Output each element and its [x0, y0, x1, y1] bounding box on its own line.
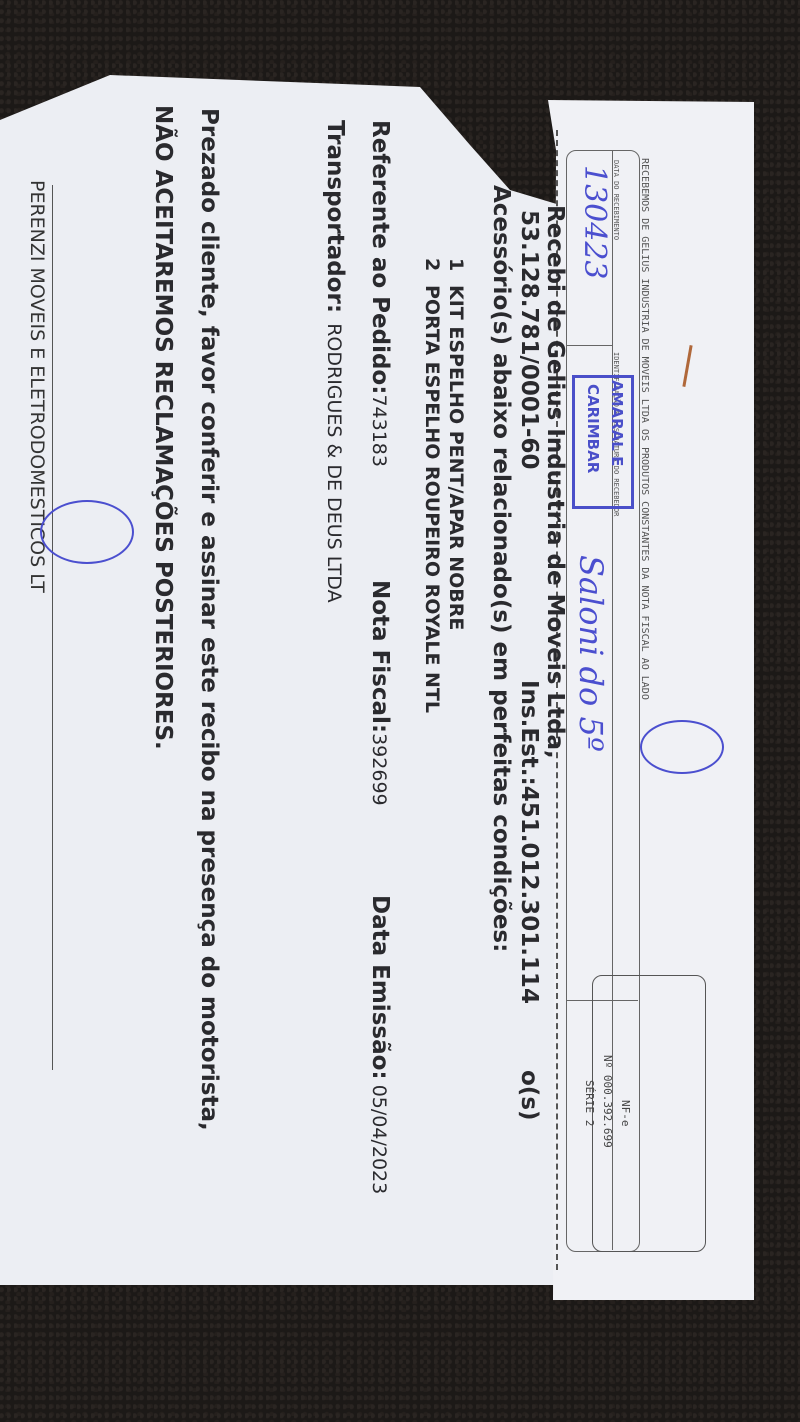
- order-reference: Referente ao Pedido:743183: [367, 120, 393, 467]
- nfe-series: SÉRIE 2: [583, 1080, 596, 1126]
- receipt-line-2-suffix: o(s): [516, 1070, 542, 1121]
- item-2-description: PORTA ESPELHO ROUPEIRO ROYALE NTL: [421, 285, 443, 713]
- handwritten-note: Saloni do 5º: [572, 555, 610, 752]
- date-label: DATA DO RECEBIMENTO: [612, 160, 620, 240]
- state-registration: Ins.Est.:451.012.301.114: [516, 680, 542, 1004]
- nfe-label: NF-e: [619, 1100, 632, 1127]
- stamp-line-1: AMARAL E: [608, 380, 626, 466]
- notice-line-1: Prezado cliente, favor conferir e assina…: [196, 108, 222, 1131]
- invoice-value: 392699: [368, 733, 390, 806]
- nfe-number: Nº 000.392.699: [601, 1055, 614, 1148]
- received-date-handwritten: 130423: [577, 165, 612, 280]
- notice-line-2: NÃO ACEITAREMOS RECLAMAÇÕES POSTERIORES.: [150, 105, 176, 750]
- stamp-line-2: CARIMBAR: [584, 384, 602, 473]
- issue-value: 05/04/2023: [368, 1085, 390, 1195]
- stub-divider-date: [566, 345, 612, 346]
- carrier-label: Transportador:: [322, 120, 348, 313]
- order-value: 743183: [368, 394, 390, 467]
- receipt-line-3: Acessório(s) abaixo relacionado(s) em pe…: [488, 185, 514, 952]
- invoice-label: Nota Fiscal:: [367, 580, 393, 733]
- issue-label: Data Emissão:: [367, 895, 393, 1080]
- receipt-line-1: Recebi de Gelius Industria de Moveis Ltd…: [542, 205, 568, 759]
- customer-signature: [40, 500, 134, 564]
- stub-header: RECEBEMOS DE GELIUS INDUSTRIA DE MOVEIS …: [639, 158, 650, 700]
- item-1-qty: 1: [445, 258, 467, 271]
- item-1-description: KIT ESPELHO PENT/APAR NOBRE: [445, 285, 467, 630]
- carrier: Transportador: RODRIGUES & DE DEUS LTDA: [322, 120, 348, 603]
- carrier-value: RODRIGUES & DE DEUS LTDA: [323, 323, 345, 602]
- stub-signature: [640, 720, 724, 774]
- issue-date: Data Emissão: 05/04/2023: [367, 895, 393, 1194]
- order-label: Referente ao Pedido:: [367, 120, 393, 394]
- item-2-qty: 2: [421, 258, 443, 271]
- signature-line: [52, 185, 53, 1070]
- receipt-paper: [0, 75, 560, 1285]
- invoice-reference: Nota Fiscal:392699: [367, 580, 393, 806]
- cnpj: 53.128.781/0001-60: [516, 210, 542, 469]
